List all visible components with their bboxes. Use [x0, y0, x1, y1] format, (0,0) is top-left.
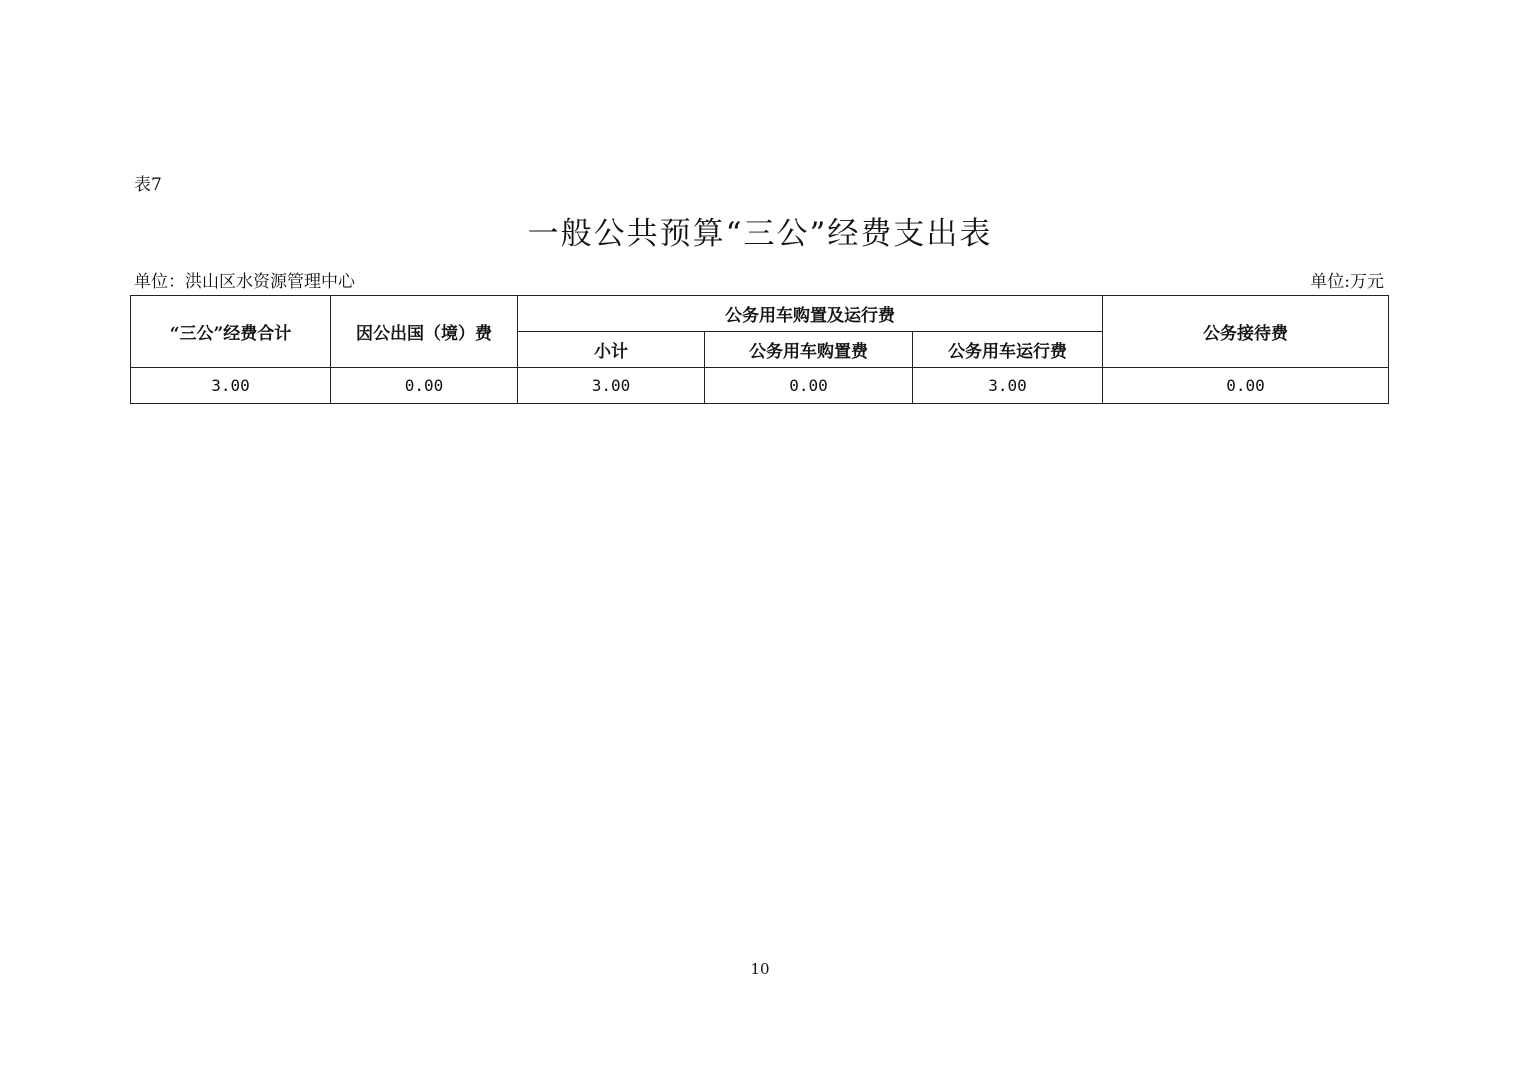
page-title: 一般公共预算“三公”经费支出表 — [0, 208, 1520, 253]
expenditure-table: “三公”经费合计 因公出国（境）费 公务用车购置及运行费 公务接待费 小计 公务… — [130, 295, 1389, 404]
header-reception: 公务接待费 — [1103, 296, 1389, 368]
cell-vehicle-purchase: 0.00 — [705, 368, 913, 404]
cell-total: 3.00 — [131, 368, 331, 404]
table-row: 3.00 0.00 3.00 0.00 3.00 0.00 — [131, 368, 1389, 404]
header-vehicle-group: 公务用车购置及运行费 — [518, 296, 1103, 332]
header-total: “三公”经费合计 — [131, 296, 331, 368]
page-number: 10 — [0, 960, 1520, 978]
unit-currency: 单位:万元 — [1310, 267, 1384, 292]
header-vehicle-purchase: 公务用车购置费 — [705, 332, 913, 368]
cell-vehicle-operation: 3.00 — [913, 368, 1103, 404]
header-row-1: “三公”经费合计 因公出国（境）费 公务用车购置及运行费 公务接待费 — [131, 296, 1389, 332]
cell-subtotal: 3.00 — [518, 368, 705, 404]
header-vehicle-operation: 公务用车运行费 — [913, 332, 1103, 368]
table-label: 表7 — [134, 170, 162, 195]
cell-abroad: 0.00 — [331, 368, 518, 404]
header-abroad: 因公出国（境）费 — [331, 296, 518, 368]
cell-reception: 0.00 — [1103, 368, 1389, 404]
header-subtotal: 小计 — [518, 332, 705, 368]
unit-organization: 单位：洪山区水资源管理中心 — [134, 267, 355, 292]
